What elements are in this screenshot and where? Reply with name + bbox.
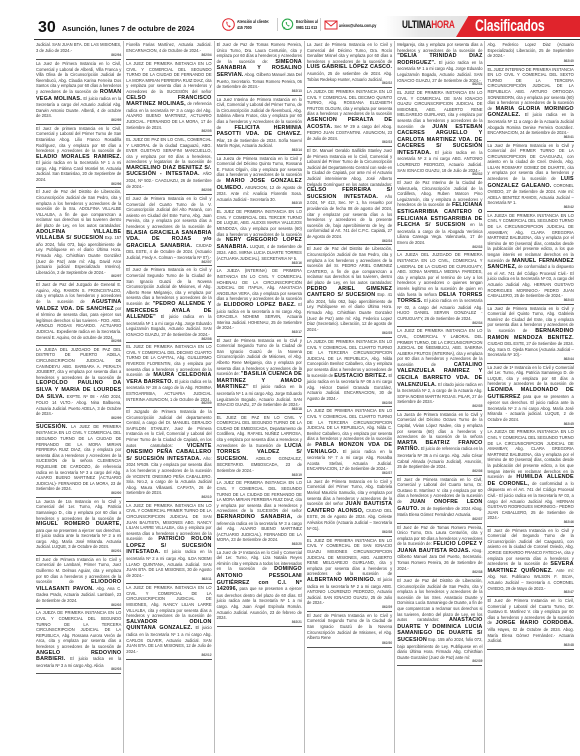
legal-notice: EL JUEZ DE PAZ EN LO CIVIL, COMERCIAL Y …	[126, 136, 211, 195]
legal-notice: El Juez de Paz del Distrito de Liberació…	[397, 577, 482, 666]
legal-notice: Judicial. SAN JUAN BTA. DE LAS MISIONES,…	[36, 41, 121, 60]
legal-notice: El Juez de Primera Instancia en lo Civil…	[307, 612, 392, 648]
deceased-name: JORGE MARIO CORDOBA.	[496, 620, 574, 626]
email-contact: avisos@uhora.com.py	[320, 18, 386, 31]
legal-notice: El Juez de Paz del Distrito de Liberació…	[36, 188, 121, 281]
notice-code: 862/31	[397, 83, 482, 87]
notice-code: 862/94	[36, 54, 121, 58]
legal-notice: LA JUEZA DE PRIMERA INSTANCIA EN LO CIVI…	[487, 428, 573, 526]
notice-code: 862/13	[217, 90, 302, 94]
notice-text: Fiorella Farias Martínez, Actuaria Judic…	[126, 42, 211, 53]
legal-notice: EL JUEZ DE PRIMERA INSTANCIA EN LO CIVIL…	[307, 537, 392, 612]
deceased-name: MARCELINO DIAZ BENITEZ S/. SUCESIÓN - IN…	[126, 165, 211, 178]
legal-notice: El Juez de Paz de Tomas Romero Pereira, …	[397, 524, 482, 578]
legal-notice: LA JUEZA (INTERINA) DE PRIMERA INSTANCIA…	[217, 267, 302, 336]
notice-code: 862/01	[36, 550, 121, 554]
legal-notice: El Juez de Primera Instancia en lo Civil…	[126, 266, 211, 343]
page-date: Asunción, lunes 7 de octubre de 2024	[62, 24, 194, 33]
legal-notice: La Juez de Primera Instancia en lo Civil…	[487, 142, 573, 212]
notice-text-continued: Villa Hayes, 02 de Octubre de 2024. Abog…	[487, 627, 573, 643]
logo-hora: HORA	[431, 19, 454, 31]
notice-text: LA JUEZ DE PRIMERA INSTANCIA EN LO CIVIL…	[217, 480, 302, 513]
legal-notice: El Juez de Primera Instancia en lo Civil…	[217, 337, 302, 414]
deceased-name: MIGUEL ROMERO DUARTE,	[36, 521, 121, 527]
column-1: Judicial. SAN JUAN BTA. DE LAS MISIONES,…	[34, 41, 124, 753]
notice-code: 862/32	[397, 173, 482, 177]
legal-notice: EL JUEZ DE PRIMERA INSTANCIA EN LO CIVIL…	[126, 343, 211, 408]
notice-text: LA JUEZA DE PRIMERA INSTANCIA EN LO CIVI…	[487, 213, 573, 263]
notice-text: LA JUEZ DE PRIMERA INSTANCIA EN LO CIVIL…	[126, 585, 211, 618]
notice-code: 862/07	[126, 261, 211, 265]
legal-notice: El Juez de primera Instancia en lo Civil…	[36, 125, 121, 189]
notice-code: 862/35	[397, 405, 482, 409]
notice-text-continued: El juicio radica en la Secretaría Nº 1 a…	[36, 160, 121, 182]
legal-notice: LA JUEZ DE PRIMERA INSTANCIA EN LO CIVIL…	[126, 584, 211, 660]
notice-code: 862/96	[36, 183, 121, 187]
column-2: Fiorella Farias Martínez, Actuaria Judic…	[124, 41, 214, 753]
notice-code: 862/37	[397, 518, 482, 522]
whatsapp-contact: Escríbinos al0981 111 013	[277, 18, 323, 31]
notice-code: 862/27	[307, 472, 392, 476]
contact-value: 415 7000	[237, 25, 252, 30]
notice-code: 862/42	[487, 206, 573, 210]
legal-notice: El Juez de Primera Instancia en lo Civil…	[487, 597, 573, 650]
notice-text: La Juez de Primera Instancia en lo Civil…	[307, 42, 392, 64]
legal-notice: EL JUEZ INTERINO DE PRIMERA INSTANCIA EN…	[487, 66, 573, 142]
notice-text-continued: LA JUEZ DE PRIMERA INSTANCIA EN LO CIVIL…	[36, 424, 121, 492]
whatsapp-icon	[281, 18, 294, 31]
notice-code: 862/14	[217, 149, 302, 153]
notice-text-continued: para que se presenten a ejercer sus dere…	[36, 528, 121, 550]
notice-code: 862/98	[36, 340, 121, 344]
legal-notice: La Juez de Primera Instancia en lo Civil…	[36, 60, 121, 125]
notice-code: 862/28	[307, 531, 392, 535]
deceased-name: LUIS GABRIEL LÓPEZ CASCO.	[307, 64, 392, 70]
deceased-name: EUSTACIO BRITEZ.	[334, 373, 387, 379]
legal-notice: Abg. Federico Lopez Diaz (Actuario Espec…	[487, 41, 573, 66]
notice-code: 862/10	[126, 496, 211, 500]
legal-notice: Melgarejo, cita y emplaza por sesenta dí…	[397, 41, 482, 89]
notice-code: 862/15	[217, 202, 302, 206]
notice-code: 862/21	[217, 621, 302, 625]
legal-notice: LA JUEZ DE PRIMERA INSTANCIA EN LO CIVIL…	[126, 502, 211, 585]
legal-notice: El Juez de Primera Instancia en lo Civil…	[397, 476, 482, 524]
notice-code: 862/40	[487, 60, 573, 64]
legal-notice: LA JUEZA DE PRIMERA INSTANCIA EN LO CIVI…	[487, 212, 573, 305]
deceased-name: CELSO FERREIRA S/ SUCESION INTESTADA.	[307, 187, 392, 200]
notice-code: 862/22	[307, 82, 392, 86]
column-4: La Juez de Primera Instancia en lo Civil…	[305, 41, 395, 753]
legal-notice: EL JUEZ DE PRIMERA INSTANCIA EN LO CIVIL…	[397, 89, 482, 179]
legal-notice: EL JUEZ DE PAZ EN LO CIVIL Y COMERCIAL D…	[217, 414, 302, 480]
legal-notice: La Juez de 1ª Instancia en lo Civil y Co…	[217, 549, 302, 627]
column-3: El Juez de Paz de Tomas Romero Pereira, …	[215, 41, 305, 753]
notice-text: LA JUEZA DE PRIMERA INSTANCIA EN LO CIVI…	[307, 89, 392, 116]
notice-text-continued: Año: 2024 Nº539. Cita y emplaza por sese…	[126, 456, 211, 496]
notice-code: 862/18	[217, 408, 302, 412]
notice-code: 862/08	[126, 338, 211, 342]
legal-notice: La Jueza de 1ra Instancia en lo Civil y …	[36, 498, 121, 556]
legal-notice: LA JUEZA DEL JUZGADO DE PAZ DEL DISTRITO…	[36, 346, 121, 423]
notice-text: El Juez de Paz del Distrito de Liberació…	[36, 189, 121, 228]
deceased-name: ELIDDORO LOPEZ BAEZ.	[224, 302, 296, 308]
legal-notice: LA JUEZ DE PRIMERA INSTANCIA EN LO CIVIL…	[397, 327, 482, 411]
legal-notice: LA JUEZ DE PRIMERA INSTANCIA EN LO CIVIL…	[217, 479, 302, 548]
notice-code: 862/48	[487, 644, 573, 648]
logo-ultima: ULTIMA	[402, 19, 431, 31]
contact-value: 0981 111 013	[296, 25, 317, 30]
legal-notice: La Juez de 1ª Instancia en lo Civil y Co…	[487, 364, 573, 429]
notice-text-continued: Asunción, 25 de setiembre de 2024. Abg. …	[307, 71, 392, 82]
notice-code: 862/19	[217, 474, 302, 478]
notice-text-continued: CIUDAD DEL ESTE, 27 de Setiembre de 2024…	[487, 341, 573, 357]
notice-code: 862/23	[307, 141, 392, 145]
notice-text-continued: de conformidad a lo dispuesto en el Art.…	[487, 481, 573, 521]
notice-code: 862/04	[126, 54, 211, 58]
notice-code: 862/06	[126, 189, 211, 193]
notice-code: 862/05	[126, 130, 211, 134]
notice-code: 862/03	[36, 668, 121, 672]
legal-notice: El Juez de Paz del Juzgado de General E.…	[36, 281, 121, 346]
deceased-name: BERNARDINO SANABRIA,	[217, 514, 293, 520]
notice-text: La Jueza de Primera Instancia en lo Civi…	[397, 412, 482, 439]
legal-notice: La Juez de Primera Instancia en lo Civil…	[487, 305, 573, 364]
deceased-name: ELADIO MORALES RAMIREZ.	[36, 154, 121, 160]
page-header: 30 Asunción, lunes 7 de octubre de 2024 …	[0, 0, 580, 38]
notice-code: 862/16	[217, 262, 302, 266]
notice-text: Abg. Federico Lopez Diaz (Actuario Espec…	[487, 42, 573, 58]
notice-text-continued: Pilar, 19 de Setiembre de 2024. Sofía No…	[217, 138, 302, 149]
notice-text: La Jueza de 1ra Instancia en lo Civil y …	[36, 499, 121, 521]
notice-code: 862/30	[307, 642, 392, 646]
notice-code: 862/25	[307, 332, 392, 336]
legal-notice: LA JUEZA DEL JUZGADO DE PRIMERA INSTANCI…	[397, 251, 482, 327]
notice-text: LA JUEZA DE PRIMERA INSTANCIA EN LO CIVI…	[487, 429, 573, 479]
notice-text: El Juez de Primera Instancia en lo Civil…	[126, 196, 211, 229]
legal-notice: El Juzgado de Primera Instancia de la Ci…	[126, 408, 211, 502]
notice-code: 862/97	[36, 275, 121, 279]
notice-code: 862/24	[307, 240, 392, 244]
notice-code: 862/02	[36, 604, 121, 608]
column-5: Melgarejo, cita y emplaza por sesenta dí…	[395, 41, 485, 753]
notice-code: 862/46	[487, 521, 573, 525]
notice-text-continued: Año 2.024, Nº 413, Sec. Nº 1, ha resuelt…	[307, 194, 392, 239]
notice-code: 862/29	[307, 606, 392, 610]
notice-code: 862/00	[36, 492, 121, 496]
notice-text: EL JUEZ DE PRIMERA INSTANCIA EN LO CIVIL…	[307, 538, 392, 577]
notice-text-continued: Exp. 41 año 2024, folio 062, bajo aperci…	[307, 292, 392, 332]
notice-code: 862/26	[307, 402, 392, 406]
legal-notice: EL JUEZ DE PRIMERA INSTANCIA EN LO CIVIL…	[217, 208, 302, 267]
notice-code: 862/12	[126, 654, 211, 658]
notice-code: 862/47	[487, 591, 573, 595]
legal-notice: El Dr. Manuel Geraldo Saifildin Stanley …	[307, 147, 392, 245]
notice-code: 862/39	[397, 660, 482, 664]
notice-text: Judicial. SAN JUAN BTA. DE LAS MISIONES,…	[36, 42, 121, 53]
legal-notice: La Juez Interina de Primera Instancia en…	[217, 96, 302, 155]
legal-notice: LA JUEZA DE PRIMERA INSTANCIA EN LO CIVI…	[36, 609, 121, 674]
notice-text-continued: Exp. 157 año 2024, folio 073, bajo aperc…	[36, 235, 121, 275]
notice-text: El Juez de primera Instancia en lo Civil…	[36, 126, 121, 153]
notice-text: EL JUEZ DE PAZ EN LO CIVIL, COMERCIAL Y …	[126, 137, 211, 164]
notice-code: 862/17	[217, 331, 302, 335]
notice-text: Melgarejo, cita y emplaza por sesenta dí…	[397, 42, 482, 53]
notice-text: El Dr. Manuel Geraldo Saifildin Stanley …	[307, 148, 392, 187]
page-number: 30	[38, 19, 56, 37]
notice-text: El Juez de Paz del Distrito de Liberació…	[397, 578, 482, 622]
notice-code: 862/99	[36, 417, 121, 421]
notice-text: LA JUEZA DE PRIMERA INSTANCIA EN LO CIVI…	[36, 610, 121, 649]
envelope-icon	[324, 18, 337, 31]
notice-text: El Juez de Primera Instancia en lo Civil…	[307, 613, 392, 640]
header-rule	[34, 39, 580, 40]
notice-code: 862/45	[487, 423, 573, 427]
legal-notice: El Juez de Primera Instancia en lo Civil…	[36, 556, 121, 610]
legal-notice: LA JUEZA DE PRIMERA INSTANCIA EN LO CIVI…	[307, 338, 392, 407]
notice-code: 862/43	[487, 299, 573, 303]
notice-text: LA JUEZA DEL JUZGADO DE PAZ DEL DISTRITO…	[36, 347, 121, 380]
notice-code: 862/38	[397, 571, 482, 575]
notice-text: LA JUEZA DEL JUZGADO DE PRIMERA INSTANCI…	[397, 252, 482, 296]
notice-text: El Juez de Paz del Distrito de Liberació…	[307, 246, 392, 285]
phone-icon	[222, 18, 235, 31]
classifieds-columns: Judicial. SAN JUAN BTA. DE LAS MISIONES,…	[34, 41, 576, 753]
legal-notice: Fiorella Farias Martínez, Actuaria Judic…	[126, 41, 211, 60]
notice-code: 862/44	[487, 358, 573, 362]
legal-notice: El Juez de Paz de Tomas Romero Pereira, …	[217, 41, 302, 96]
ultimahora-logo: ULTIMAHORA	[402, 19, 455, 31]
deceased-name: ALBERTANO MORINIGO.	[307, 577, 376, 583]
section-title: Clasificados	[475, 16, 545, 36]
notice-code: 862/20	[217, 543, 302, 547]
legal-notice: La Jueza de Primera Instancia en lo Civi…	[397, 411, 482, 476]
notice-code: 862/33	[397, 246, 482, 250]
notice-code: 862/41	[487, 136, 573, 140]
customer-service-contact: Atención al cliente:415 7000	[222, 18, 277, 31]
notice-text: LA JUEZ DE PRIMERA INSTANCIA EN LO CIVIL…	[126, 61, 211, 94]
deceased-name: FELICITA HERMINIA PASOTTI VDA. DE CHAVEZ…	[217, 125, 302, 138]
notice-code: 862/36	[397, 470, 482, 474]
notice-code: 862/95	[36, 119, 121, 123]
notice-code: 862/34	[397, 322, 482, 326]
legal-notice: LA JUEZ DE PRIMERA INSTANCIA EN LO CIVIL…	[307, 407, 392, 477]
email-link[interactable]: avisos@uhora.com.py	[339, 23, 376, 28]
notice-code: 862/09	[126, 402, 211, 406]
legal-notice: LA JUEZ DE PRIMERA INSTANCIA EN LO CIVIL…	[126, 60, 211, 136]
deceased-name: SUCESIÓN.	[36, 424, 67, 430]
legal-notice: El Juez de Primera Instancia en lo Civil…	[126, 195, 211, 266]
legal-notice: La Juez de Primera Instancia en lo Civil…	[307, 41, 392, 88]
notice-text: EL JUEZ INTERINO DE PRIMERA INSTANCIA EN…	[487, 67, 573, 111]
notice-text: La Juez de 1ª Instancia en lo Civil y Co…	[487, 365, 573, 387]
legal-notice: SUCESIÓN. LA JUEZ DE PRIMERA INSTANCIA E…	[36, 423, 121, 498]
legal-notice: El Juez de Paz Interino de la Ciudad de …	[397, 179, 482, 251]
legal-notice: La Juez de Primera Instancia en lo Civil…	[307, 478, 392, 537]
legal-notice: LA JUEZA DE PRIMERA INSTANCIA EN LO CIVI…	[307, 88, 392, 147]
legal-notice: El Juez de Paz del Distrito de Liberació…	[307, 245, 392, 338]
legal-notice: El Juez de Primera Instancia en lo Civil…	[487, 527, 573, 597]
legal-notice: La Jueza de Primera Instancia en lo Civi…	[217, 155, 302, 209]
notice-code: 862/11	[126, 578, 211, 582]
column-6: Abg. Federico Lopez Diaz (Actuario Espec…	[485, 41, 575, 753]
